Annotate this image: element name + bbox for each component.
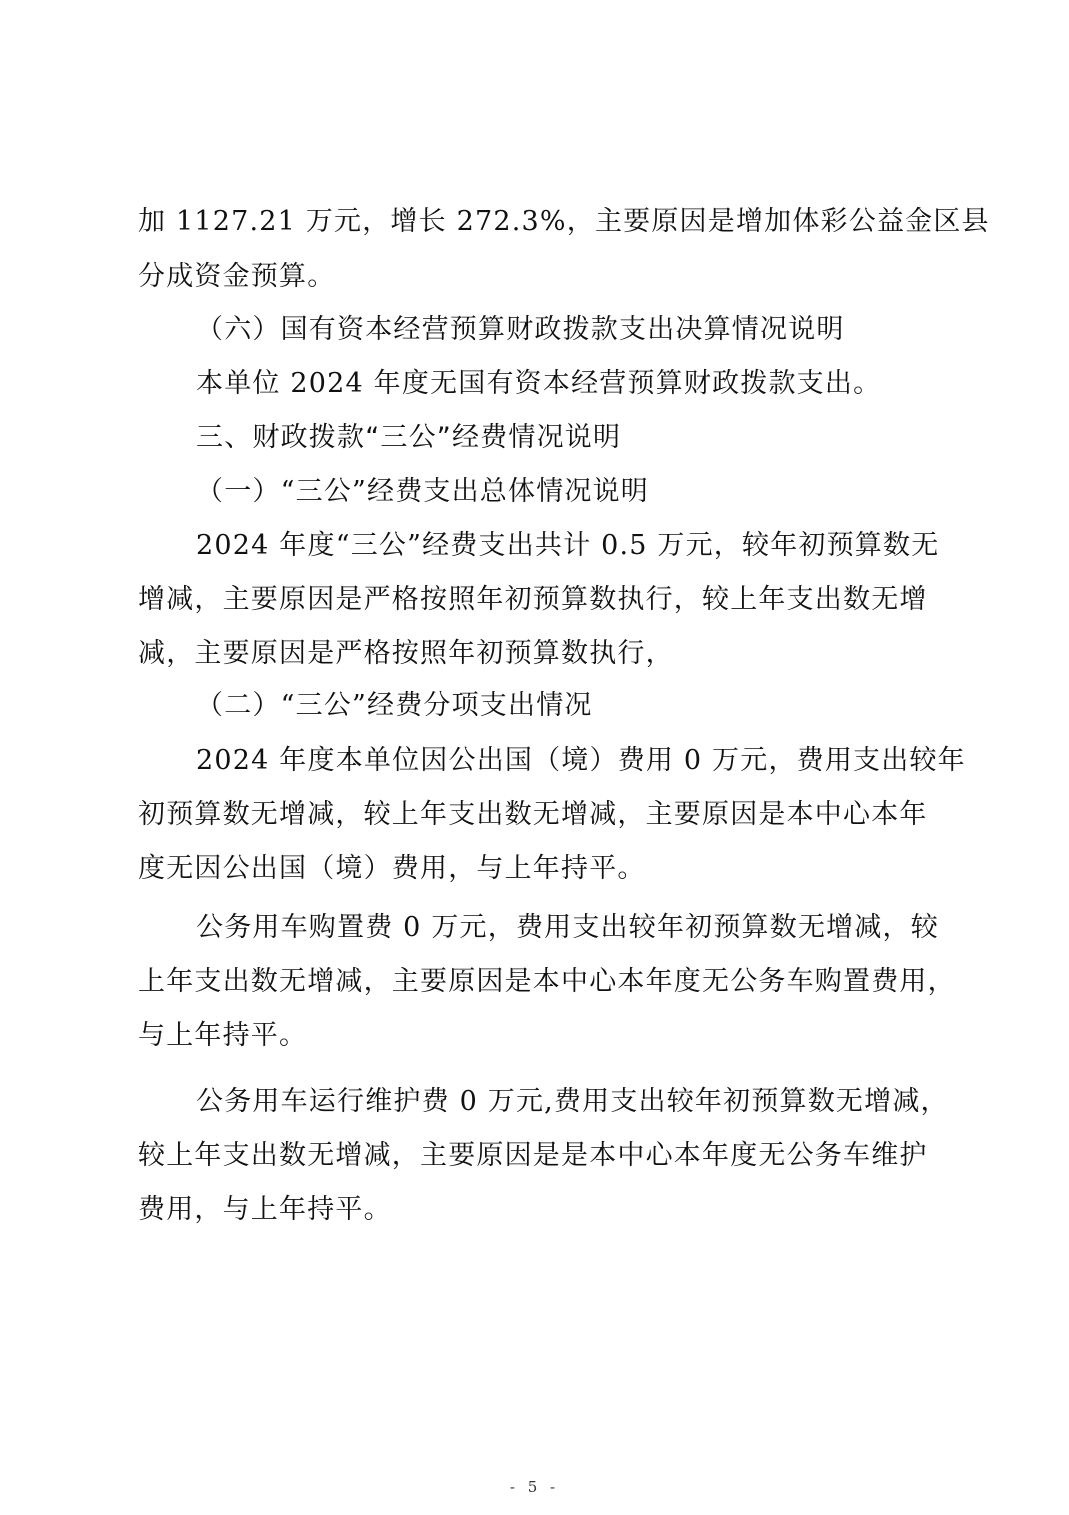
section-heading: 三、财政拨款“三公”经费情况说明 (196, 422, 621, 454)
paragraph-line: 2024 年度本单位因公出国（境）费用 0 万元，费用支出较年 (196, 745, 966, 777)
paragraph-line: 初预算数无增减，较上年支出数无增减，主要原因是本中心本年 (138, 799, 928, 831)
page-number: - 5 - (0, 1478, 1069, 1496)
subsection-heading: （六）国有资本经营预算财政拨款支出决算情况说明 (196, 314, 845, 346)
paragraph-line: 与上年持平。 (138, 1020, 307, 1052)
subsection-heading: （一）“三公”经费支出总体情况说明 (196, 476, 649, 508)
paragraph-line: 2024 年度“三公”经费支出共计 0.5 万元，较年初预算数无 (196, 530, 939, 562)
paragraph-line: 减，主要原因是严格按照年初预算数执行， (138, 638, 674, 670)
paragraph-line: 上年支出数无增减，主要原因是本中心本年度无公务车购置费用， (138, 966, 956, 998)
paragraph-line: 费用，与上年持平。 (138, 1194, 392, 1226)
paragraph-line: 增减，主要原因是严格按照年初预算数执行，较上年支出数无增 (138, 584, 928, 616)
paragraph-line: 公务用车运行维护费 0 万元,费用支出较年初预算数无增减， (196, 1086, 949, 1118)
paragraph-line: 本单位 2024 年度无国有资本经营预算财政拨款支出。 (196, 368, 881, 400)
paragraph-line: 加 1127.21 万元，增长 272.3%，主要原因是增加体彩公益金区县 (138, 206, 990, 238)
paragraph-line: 分成资金预算。 (138, 261, 335, 293)
paragraph-line: 公务用车购置费 0 万元，费用支出较年初预算数无增减，较 (196, 912, 939, 944)
subsection-heading: （二）“三公”经费分项支出情况 (196, 690, 593, 722)
paragraph-line: 较上年支出数无增减，主要原因是是本中心本年度无公务车维护 (138, 1140, 928, 1172)
paragraph-line: 度无因公出国（境）费用，与上年持平。 (138, 853, 646, 885)
